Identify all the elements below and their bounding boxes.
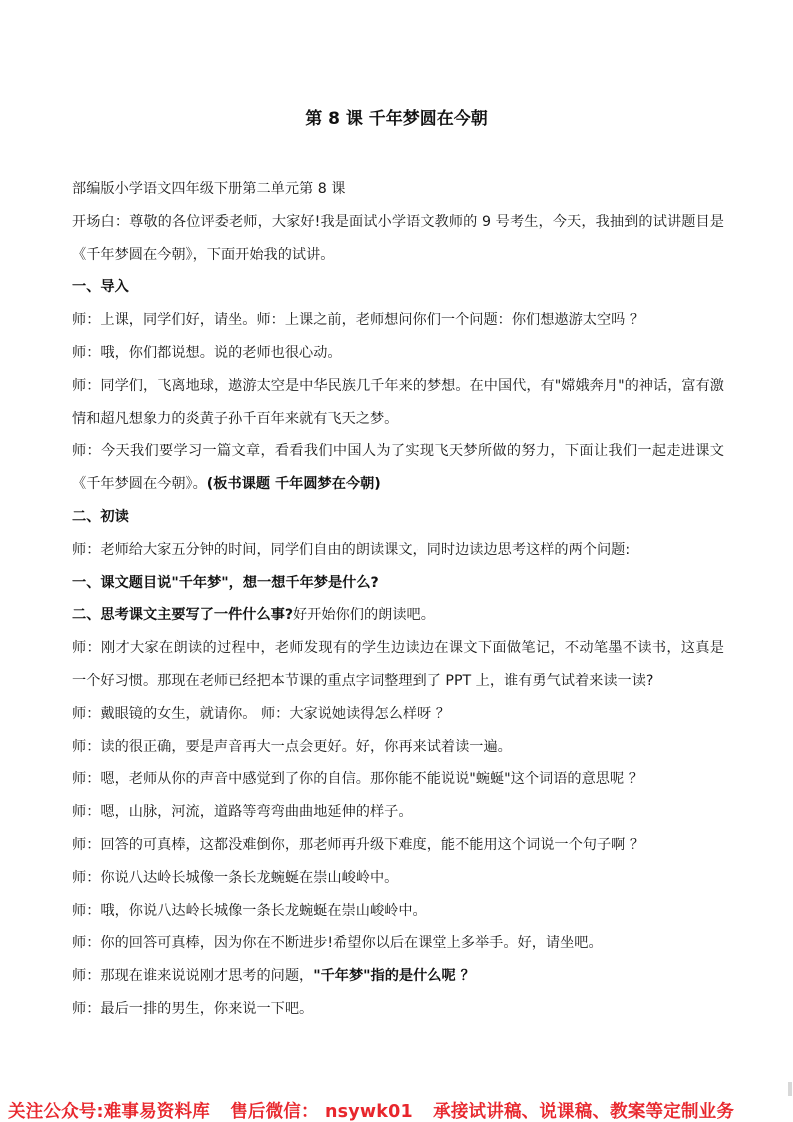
dialogue-line: 师：刚才大家在朗读的过程中，老师发现有的学生边读边在课文下面做笔记，不动笔墨不读… (72, 632, 724, 698)
footer-wechat: 售后微信： nsywk01 (230, 1102, 413, 1122)
section-heading-first-reading: 二、初读 (72, 501, 724, 534)
section-heading-intro: 一、导入 (72, 271, 724, 304)
footer-account: 关注公众号:难事易资料库 (8, 1102, 210, 1122)
question-2-followup: 好开始你们的朗读吧。 (293, 607, 435, 623)
dialogue-line: 师：最后一排的男生，你来说一下吧。 (72, 993, 724, 1026)
page-title: 第 8 课 千年梦圆在今朝 (0, 104, 793, 129)
dialogue-line: 师：你的回答可真棒，因为你在不断进步!希望你以后在课堂上多举手。好，请坐吧。 (72, 927, 724, 960)
board-title-note: (板书课题 千年圆梦在今朝) (207, 476, 381, 492)
closing-text: 师：今天我们要学习一篇文章，看看我们中国人为了实现飞天梦所做的努力，下面让我们一… (72, 443, 724, 492)
dialogue-line: 师：哦，你们都说想。说的老师也很心动。 (72, 337, 724, 370)
dialogue-line: 师：读的很正确，要是声音再大一点会更好。好，你再来试着读一遍。 (72, 731, 724, 764)
subtitle: 部编版小学语文四年级下册第二单元第 8 课 (72, 173, 724, 206)
document-body: 部编版小学语文四年级下册第二单元第 8 课 开场白：尊敬的各位评委老师，大家好!… (72, 173, 724, 1026)
dialogue-line: 师：老师给大家五分钟的时间，同学们自由的朗读课文，同时边读边思考这样的两个问题: (72, 534, 724, 567)
dialogue-line: 师：嗯，山脉，河流，道路等弯弯曲曲地延伸的样子。 (72, 796, 724, 829)
footer-banner: 关注公众号:难事易资料库 售后微信： nsywk01 承接试讲稿、说课稿、教案等… (8, 1098, 793, 1122)
question-2: 二、思考课文主要写了一件什么事?好开始你们的朗读吧。 (72, 599, 724, 632)
scroll-indicator (788, 1082, 792, 1096)
question-prompt: 师：那现在谁来说说刚才思考的问题， (72, 968, 313, 984)
dialogue-line-closing: 师：今天我们要学习一篇文章，看看我们中国人为了实现飞天梦所做的努力，下面让我们一… (72, 435, 724, 501)
question-1: 一、课文题目说"千年梦"，想一想千年梦是什么? (72, 567, 724, 600)
dialogue-line: 师：哦，你说八达岭长城像一条长龙蜿蜒在崇山峻岭中。 (72, 895, 724, 928)
question-2-text: 二、思考课文主要写了一件什么事? (72, 607, 293, 623)
dialogue-line: 师：同学们，飞离地球，遨游太空是中华民族几千年来的梦想。在中国代，有"嫦娥奔月"… (72, 370, 724, 436)
opening-paragraph: 开场白：尊敬的各位评委老师，大家好!我是面试小学语文教师的 9 号考生，今天，我… (72, 206, 724, 272)
footer-services: 承接试讲稿、说课稿、教案等定制业务 (433, 1102, 734, 1122)
dialogue-line: 师：嗯，老师从你的声音中感觉到了你的自信。那你能不能说说"蜿蜒"这个词语的意思呢… (72, 763, 724, 796)
question-highlight: "千年梦"指的是什么呢 ？ (313, 968, 475, 984)
dialogue-line: 师：你说八达岭长城像一条长龙蜿蜒在崇山峻岭中。 (72, 862, 724, 895)
dialogue-line: 师：戴眼镜的女生，就请你。 师：大家说她读得怎么样呀 ？ (72, 698, 724, 731)
dialogue-line: 师：回答的可真棒，这都没难倒你，那老师再升级下难度，能不能用这个词说一个句子啊 … (72, 829, 724, 862)
dialogue-line-question: 师：那现在谁来说说刚才思考的问题，"千年梦"指的是什么呢 ？ (72, 960, 724, 993)
dialogue-line: 师：上课，同学们好，请坐。师：上课之前，老师想问你们一个问题：你们想遨游太空吗 … (72, 304, 724, 337)
